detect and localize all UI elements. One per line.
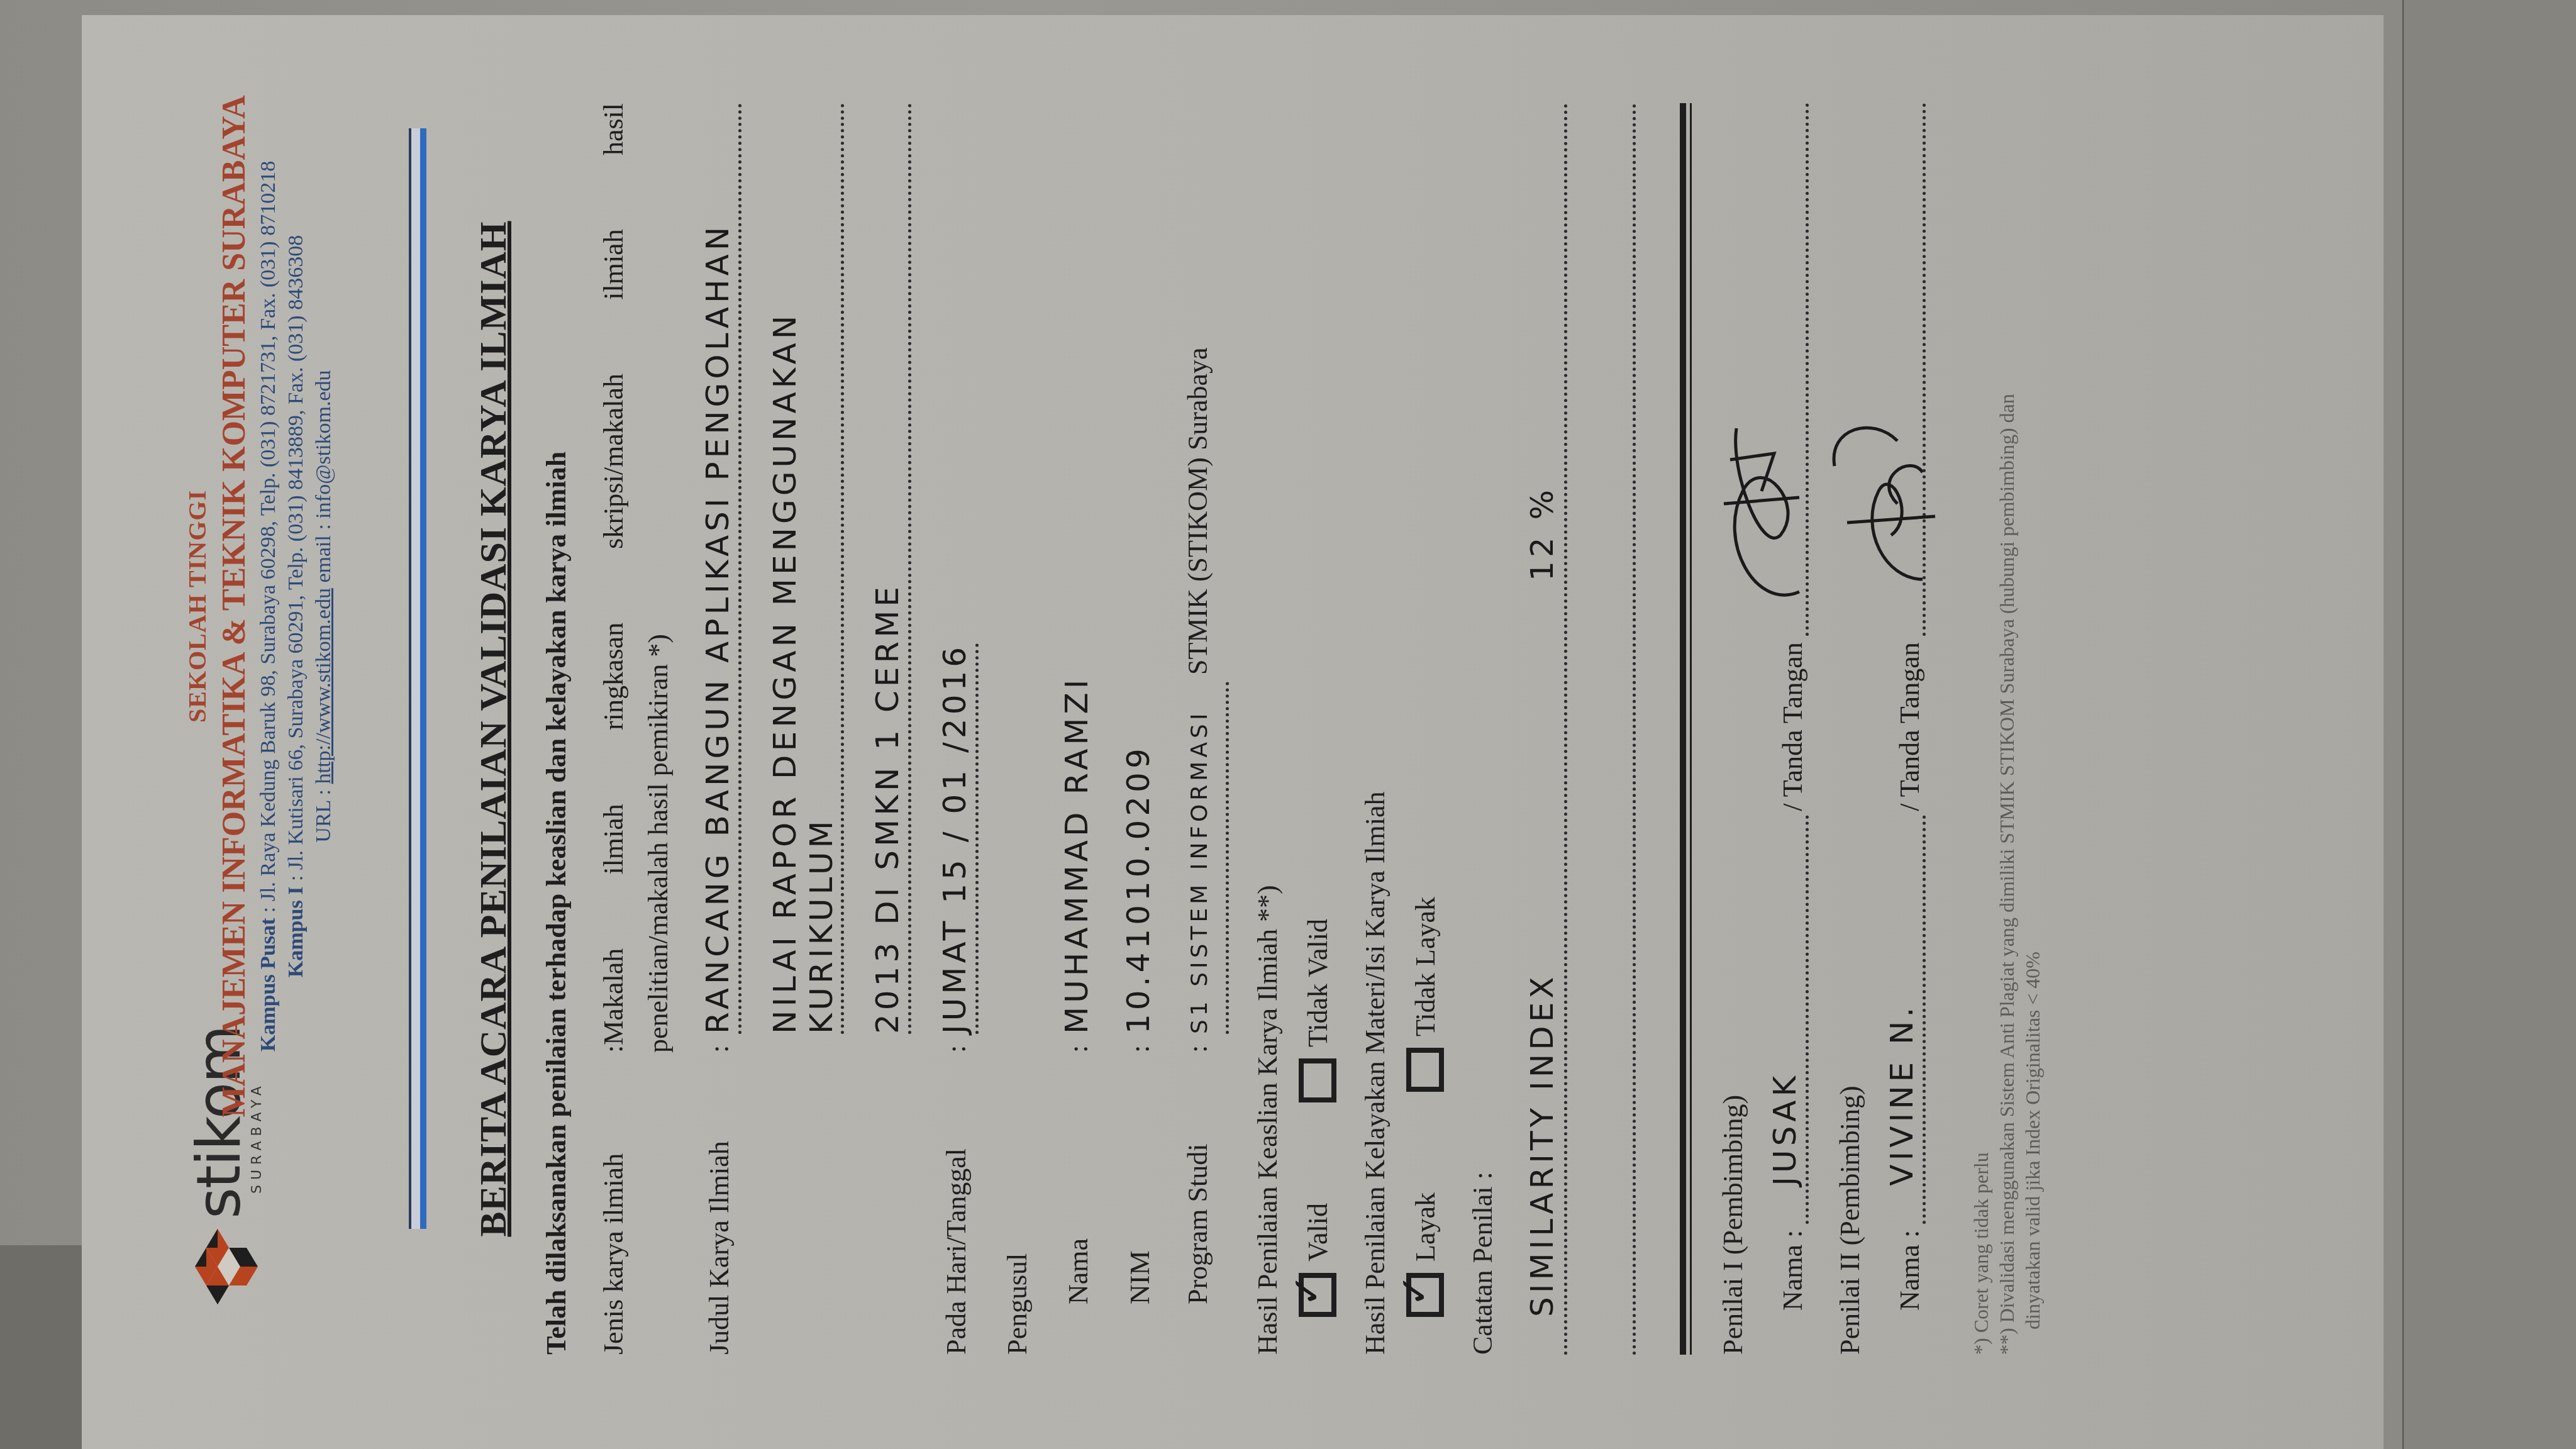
- judul-field-line-3[interactable]: 2013 DI SMKN 1 CERME: [869, 103, 911, 1034]
- penilai-1-ttd-label: / Tanda Tangan: [1777, 642, 1809, 811]
- catatan-text: SIMILARITY INDEX: [1524, 973, 1560, 1317]
- valid-checkbox[interactable]: ✓: [1299, 1273, 1336, 1317]
- judul-row: Judul Karya Ilmiah : RANCANG BANGUN APLI…: [699, 103, 741, 1355]
- document-page: stikom SURABAYA SEKOLAH TINGGI MANAJEMEN…: [82, 15, 2384, 1449]
- footnote-1: *) Coret yang tidak perlu: [1970, 103, 1993, 1355]
- nim-label: NIM: [1124, 1053, 1156, 1304]
- check-icon: ✓: [1287, 1274, 1326, 1307]
- footnotes: *) Coret yang tidak perlu **) Divalidasi…: [1970, 103, 2045, 1355]
- prodi-row: Program Studi : S1 SISTEM INFORMASI STMI…: [1182, 103, 1229, 1355]
- jenis-row: Jenis karya ilmiah :Makalahilmiahringkas…: [597, 103, 630, 1355]
- check-icon: ✓: [1395, 1274, 1434, 1307]
- keaslian-options: ✓ Valid Tidak Valid: [1299, 103, 1336, 1355]
- jenis-label: Jenis karya ilmiah: [597, 1053, 630, 1355]
- signature-1-icon: [1705, 353, 1831, 617]
- prodi-field[interactable]: S1 SISTEM INFORMASI: [1187, 682, 1229, 1034]
- judul-label: Judul Karya Ilmiah: [703, 1053, 735, 1355]
- letterhead: stikom SURABAYA SEKOLAH TINGGI MANAJEMEN…: [82, 103, 434, 1355]
- tanggal-label: Pada Hari/Tanggal: [940, 1053, 972, 1355]
- tidak-valid-checkbox[interactable]: [1299, 1058, 1336, 1102]
- signature-2-icon: [1822, 353, 1948, 617]
- penilai-1-label: Penilai I (Pembimbing): [1717, 103, 1749, 1355]
- prodi-label: Program Studi: [1182, 1053, 1214, 1304]
- catatan-label: Catatan Penilai :: [1467, 103, 1499, 1355]
- nama-row: Nama : MUHAMMAD RAMZI: [1058, 103, 1095, 1355]
- nim-row: NIM : 10.41010.0209: [1120, 103, 1157, 1355]
- penilai-2-label: Penilai II (Pembimbing): [1834, 103, 1866, 1355]
- penilai-1-row: Nama : JUSAK / Tanda Tangan: [1768, 103, 1809, 1355]
- layak-option[interactable]: ✓ Layak: [1406, 1192, 1444, 1317]
- catatan-field-line-2[interactable]: [1592, 103, 1636, 1355]
- tidak-valid-option[interactable]: Tidak Valid: [1299, 919, 1336, 1102]
- institution-name: MANAJEMEN INFORMATIKA & TEKNIK KOMPUTER …: [216, 47, 253, 1166]
- institution-line-1: SEKOLAH TINGGI: [182, 47, 212, 1166]
- jenis-options: :Makalahilmiahringkasanskripsi/makalahil…: [597, 103, 630, 1053]
- penilai-2-nama-field[interactable]: VIVINE N.: [1885, 815, 1926, 1224]
- background-surface: [2402, 0, 2576, 1449]
- nama-label: Nama: [1062, 1053, 1094, 1304]
- section-divider: [1680, 103, 1692, 1355]
- institution-block: SEKOLAH TINGGI MANAJEMEN INFORMATIKA & T…: [182, 47, 336, 1166]
- footnote-2: **) Divalidasi menggunakan Sistem Anti P…: [1996, 103, 2019, 1355]
- campus-pusat-address: Kampus Pusat : Jl. Raya Kedung Baruk 98,…: [257, 47, 280, 1166]
- contact-line: URL : http://www.stikom.edu email : info…: [312, 47, 336, 1166]
- tidak-layak-checkbox[interactable]: [1406, 1048, 1444, 1092]
- footnote-3: dinyatakan valid jika Index Originalitas…: [2021, 103, 2045, 1355]
- keaslian-label: Hasil Penilaian Keaslian Karya Ilmiah **…: [1252, 103, 1284, 1355]
- penilai-2-signature-field[interactable]: [1885, 103, 1926, 636]
- layak-checkbox[interactable]: ✓: [1406, 1273, 1444, 1317]
- header-rule: [409, 128, 426, 1229]
- campus-1-address: Kampus I : Jl. Kutisari 66, Surabaya 602…: [284, 47, 308, 1166]
- pengusul-label: Pengusul: [1001, 103, 1033, 1355]
- penilai-2-row: Nama : VIVINE N. / Tanda Tangan: [1885, 103, 1926, 1355]
- prodi-suffix: STMIK (STIKOM) Surabaya: [1182, 347, 1213, 675]
- penilai-1-signature-field[interactable]: [1768, 103, 1809, 636]
- judul-field-line-2[interactable]: NILAI RAPOR DENGAN MENGGUNAKAN KURIKULUM: [767, 103, 844, 1034]
- kelayakan-label: Hasil Penilaian Kelayakan Materi/Isi Kar…: [1359, 103, 1391, 1355]
- judul-field-line-1[interactable]: RANCANG BANGUN APLIKASI PENGOLAHAN: [699, 103, 741, 1034]
- valid-option[interactable]: ✓ Valid: [1299, 1203, 1336, 1317]
- tanggal-field[interactable]: JUMAT 15 / 01 /2016: [936, 643, 979, 1034]
- nama-field[interactable]: MUHAMMAD RAMZI: [1058, 103, 1095, 1034]
- tidak-layak-option[interactable]: Tidak Layak: [1406, 897, 1444, 1092]
- jenis-options-line-2: penelitian/makalah hasil pemikiran *): [642, 103, 674, 1053]
- penilai-1-nama-label: Nama :: [1777, 1230, 1809, 1311]
- form-title: BERITA ACARA PENILAIAN VALIDASI KARYA IL…: [472, 103, 515, 1355]
- form-lede: Telah dilaksanakan penilaian terhadap ke…: [540, 103, 572, 1355]
- nim-field[interactable]: 10.41010.0209: [1120, 103, 1157, 1034]
- penilai-2-ttd-label: / Tanda Tangan: [1894, 642, 1926, 811]
- penilai-1-nama-field[interactable]: JUSAK: [1768, 815, 1809, 1224]
- website-link[interactable]: http://www.stikom.edu: [312, 588, 335, 784]
- penilai-2-nama-label: Nama :: [1894, 1230, 1926, 1311]
- stikom-logo-icon: [189, 1223, 264, 1311]
- catatan-field-line-1[interactable]: SIMILARITY INDEX 12 %: [1524, 103, 1567, 1355]
- catatan-percent: 12 %: [1524, 486, 1560, 581]
- tanggal-row: Pada Hari/Tanggal : JUMAT 15 / 01 /2016: [936, 103, 979, 1355]
- kelayakan-options: ✓ Layak Tidak Layak: [1406, 103, 1444, 1355]
